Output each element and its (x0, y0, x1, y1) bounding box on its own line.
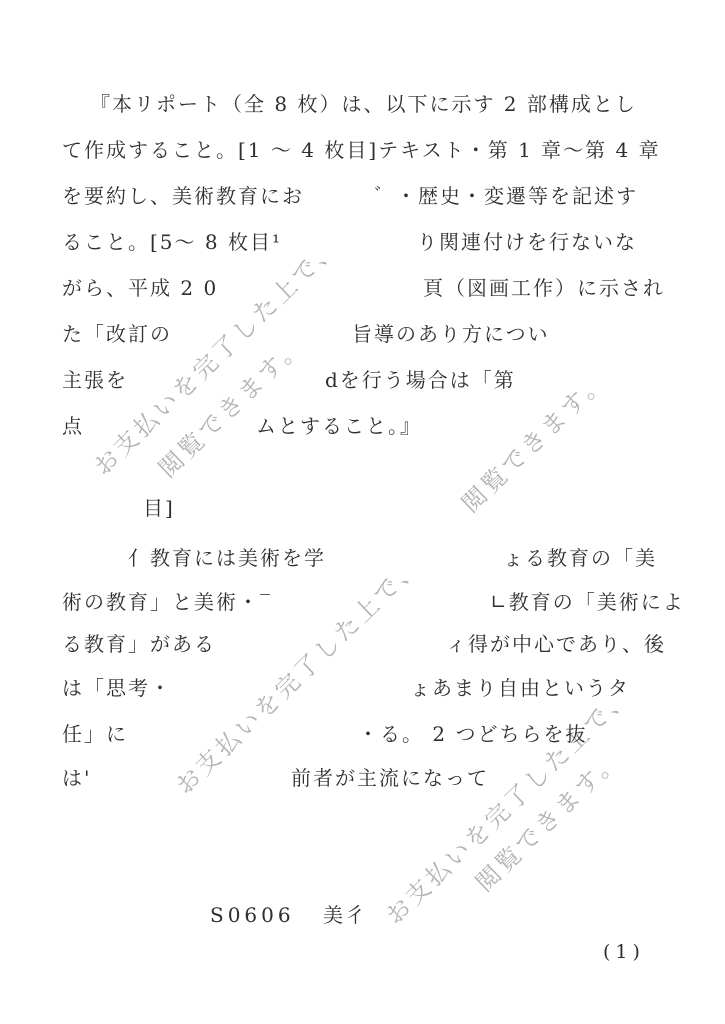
line-text: 旨導のあり方につい (352, 322, 550, 346)
document-page: お支払いを完了した上で、 閲覧できます。 閲覧できます。 お支払いを完了した上で… (0, 0, 725, 1024)
line-text: 任」に (62, 722, 128, 746)
line-text: ィ得が中心であり、後 (446, 632, 666, 656)
line-text: ∟教育の「美術によ (490, 590, 685, 614)
line-text: ょあまり自由というタ (410, 676, 630, 700)
line-text: ること。[5～ 8 枚目¹ (62, 230, 282, 254)
line-text: 目] (143, 496, 175, 520)
line-text: 頁（図画工作）に示され (423, 276, 665, 300)
course-code: S0606 (210, 903, 295, 927)
line-text: り関連付けを行ないな (417, 230, 637, 254)
line-text: ょる教育の「美 (503, 546, 657, 570)
line-text: 点 (62, 414, 84, 438)
line-text: ムとすること。』 (256, 414, 422, 438)
line-text: は「思考・ (62, 676, 172, 700)
line-text: 主張を (62, 368, 128, 392)
line-text: ・る。 2 つどちらを抜 (358, 722, 587, 746)
watermark-text: お支払いを完了した上で、 (170, 551, 426, 800)
page-number: (1) (603, 940, 645, 964)
line-text: を要約し、美術教育にお (62, 184, 304, 208)
line-text: ゛・歴史・変遷等を記述す (374, 184, 638, 208)
watermark-text: 閲覧できます。 (153, 331, 310, 484)
line-text: 術の教育」と美術・‾ (62, 590, 272, 614)
line-text: 亻教育には美術を学 (128, 546, 326, 570)
watermark-text: お支払いを完了した上で、 (380, 681, 636, 930)
line-text: 前者が主流になって (291, 766, 489, 790)
line-text: dを行う場合は「第 (325, 368, 516, 392)
line-text: は' (62, 766, 92, 790)
watermark-text: 閲覧できます。 (470, 745, 627, 898)
line-text: た「改訂の (62, 322, 172, 346)
watermark-text: お支払いを完了した上で、 (88, 232, 344, 481)
line-text: がら、平成 2 0 (62, 276, 218, 300)
course-title: 美彳 (323, 903, 367, 927)
line-text: て作成すること。[1 ～ 4 枚目]テキスト・第 1 章～第 4 章 (62, 138, 661, 162)
line-text: る教育」がある (62, 632, 216, 656)
line-text: 『本リポート（全 8 枚）は、以下に示す 2 部構成とし (90, 92, 637, 116)
